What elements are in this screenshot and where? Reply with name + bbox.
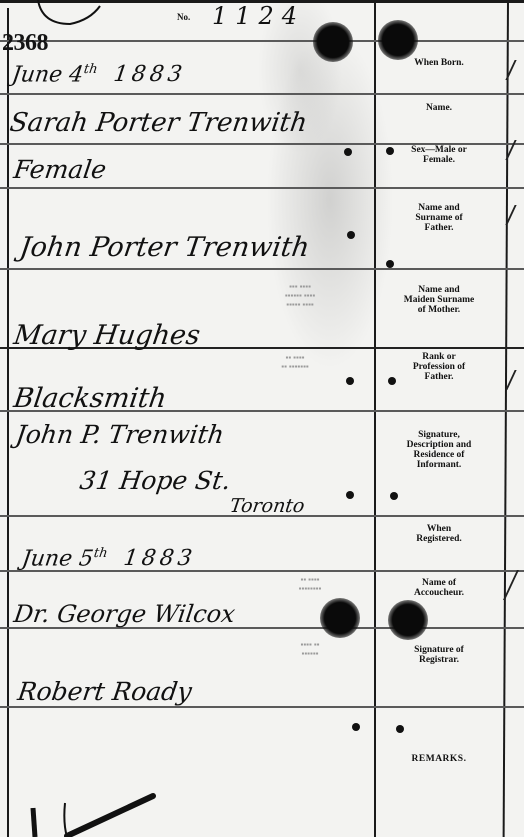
serial-number: 2368 [2,30,48,57]
when-born-suffix: th [83,62,99,77]
registrar-signature-value: Robert Roady [16,677,194,706]
binding-hole [320,598,360,638]
registered-day: June 5 [20,546,95,571]
ink-dot [390,492,398,500]
registered-suffix: th [93,546,109,561]
child-name-value: Sarah Porter Trenwith [8,108,309,138]
label-accoucheur: Name of Accoucheur. [385,578,493,598]
ink-dot [346,377,354,385]
label-sex-line1: Sex—Male or [385,145,493,155]
label-profession-line1: Rank or [385,352,493,362]
entry-number-label: No. [177,12,190,22]
binding-hole [378,20,418,60]
informant-address-line1: 31 Hope St. [78,466,233,495]
rule-line [0,268,524,270]
bleed-through-text: ▪▪ ▪▪▪▪▪▪ ▪▪▪▪▪▪▪ [250,353,340,371]
label-mother-line1: Name and [385,285,493,295]
label-profession-line2: Profession of [385,362,493,372]
label-mother-line3: of Mother. [385,305,493,315]
label-sex: Sex—Male or Female. [385,145,493,165]
ink-dot [347,231,355,239]
father-profession-value: Blacksmith [12,383,169,414]
label-profession: Rank or Profession of Father. [385,352,493,382]
top-flourish-mark [30,0,110,28]
label-sex-line2: Female. [385,155,493,165]
register-page: 2368 No. 1124 June 4th 1883 Sarah Porter… [0,0,524,837]
informant-signature-value: John P. Trenwith [14,420,226,449]
label-registered-line2: Registered. [385,534,493,544]
ink-dot [344,148,352,156]
bleed-through-text: ▪▪▪▪ ▪▪▪▪▪▪▪▪ [265,640,355,658]
label-accoucheur-line2: Accoucheur. [385,588,493,598]
ink-dot [386,147,394,155]
when-born-day: June 4 [10,62,85,87]
when-born-value: June 4th 1883 [10,62,187,87]
rule-line [0,40,524,42]
adjacent-page-mark [505,370,524,390]
registered-year: 1883 [122,546,198,571]
bleed-through-text: ▪▪ ▪▪▪▪▪▪▪▪▪▪▪▪ [265,575,355,593]
entry-number: 1124 [212,2,305,30]
label-mother: Name and Maiden Surname of Mother. [385,285,493,315]
label-accoucheur-line1: Name of [385,578,493,588]
when-registered-value: June 5th 1883 [20,546,197,571]
label-informant-line1: Signature, [385,430,493,440]
informant-address-line2: Toronto [228,495,306,517]
check-mark-icon [25,788,165,837]
label-informant-line2: Description and [385,440,493,450]
label-remarks: REMARKS. [385,754,493,764]
label-column-right-rule [503,0,509,837]
accoucheur-value: Dr. George Wilcox [12,600,237,628]
ink-dot [352,723,360,731]
sex-value: Female [12,155,108,184]
label-father: Name and Surname of Father. [385,203,493,233]
label-column-left-rule [374,0,376,837]
label-informant-line4: Informant. [385,460,493,470]
ink-dot [346,491,354,499]
father-name-value: John Porter Trenwith [18,232,312,263]
ink-dot [388,377,396,385]
label-father-line2: Surname of [385,213,493,223]
binding-hole [313,22,353,62]
binding-hole [388,600,428,640]
label-registrar-line1: Signature of [385,645,493,655]
rule-line [0,706,524,708]
label-informant: Signature, Description and Residence of … [385,430,493,470]
label-registrar-line2: Registrar. [385,655,493,665]
label-father-line3: Father. [385,223,493,233]
label-registered-line1: When [385,524,493,534]
mother-name-value: Mary Hughes [12,320,202,351]
adjacent-page-mark [503,570,524,600]
ink-dot [396,725,404,733]
label-profession-line3: Father. [385,372,493,382]
label-mother-line2: Maiden Surname [385,295,493,305]
when-born-year: 1883 [112,62,188,87]
bleed-through-text: ▪▪▪ ▪▪▪▪▪▪▪▪▪▪ ▪▪▪▪▪▪▪▪▪ ▪▪▪▪ [255,282,345,309]
rule-line [0,93,524,95]
label-father-line1: Name and [385,203,493,213]
ink-dot [386,260,394,268]
label-registrar: Signature of Registrar. [385,645,493,665]
adjacent-page-mark [505,205,524,225]
label-informant-line3: Residence of [385,450,493,460]
rule-line [0,187,524,189]
label-name: Name. [385,103,493,113]
label-when-registered: When Registered. [385,524,493,544]
